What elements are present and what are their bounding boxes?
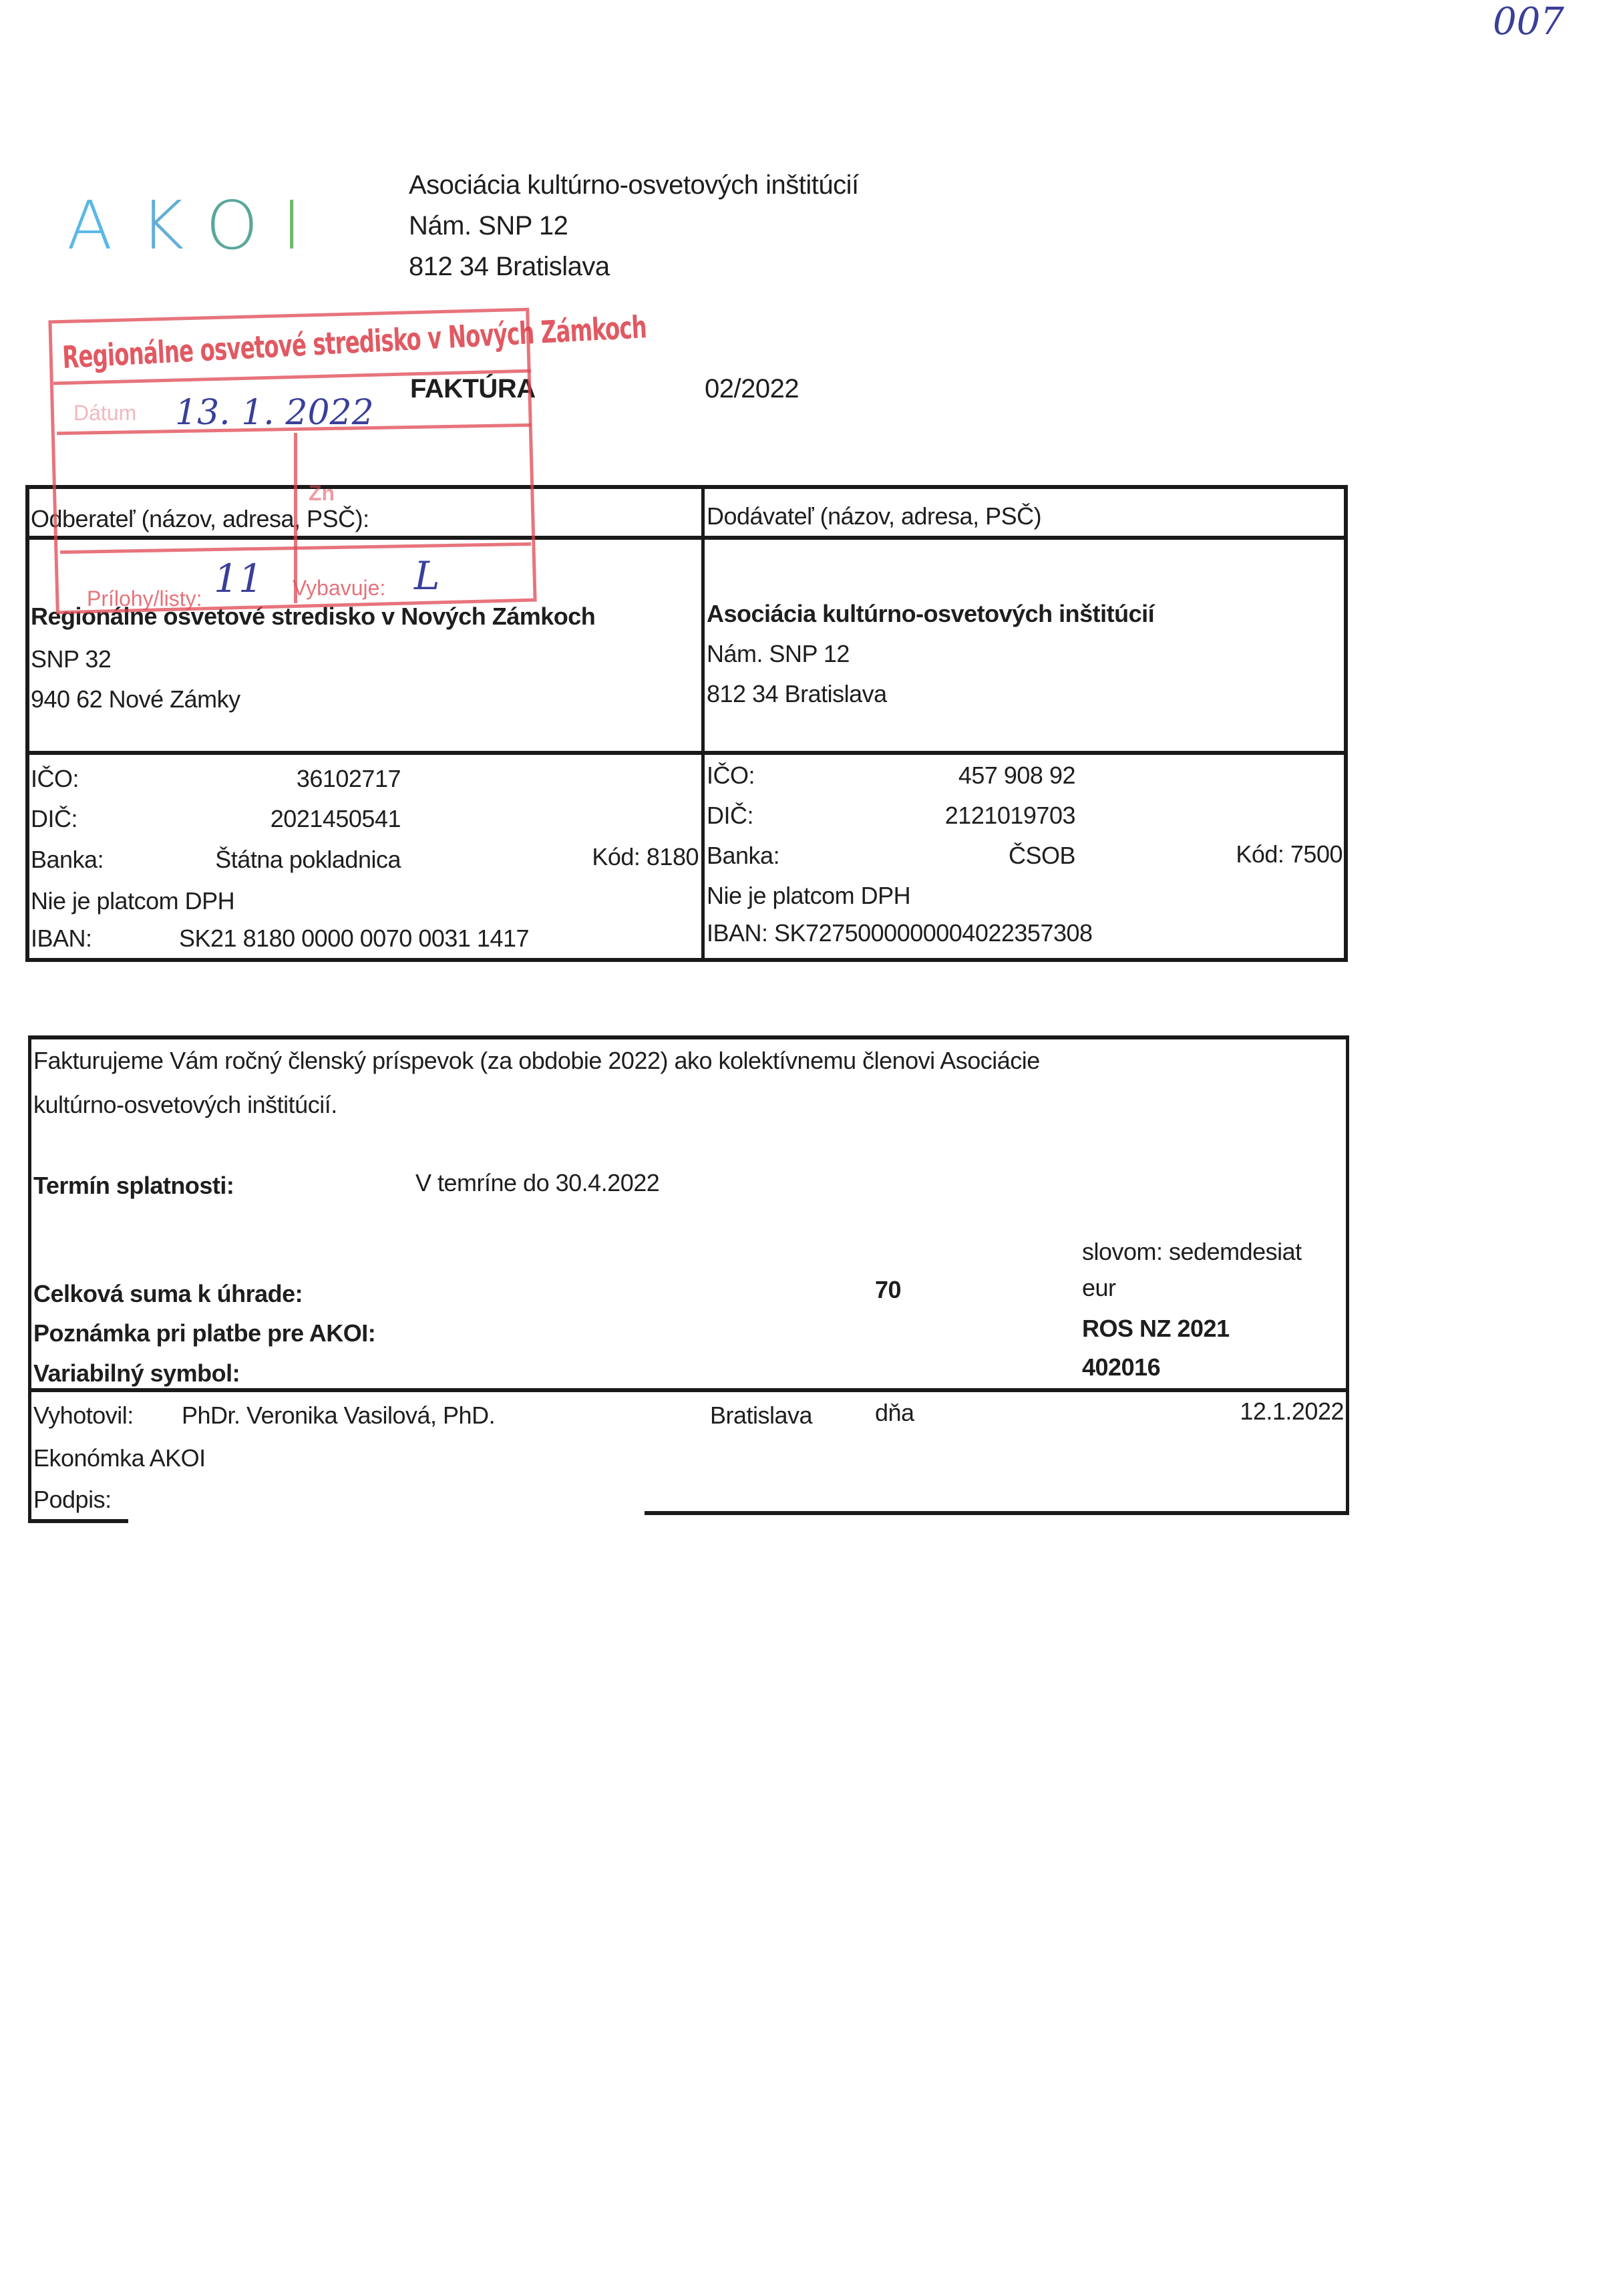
details-top-border <box>28 1035 1349 1039</box>
invoice-number: 02/2022 <box>705 374 799 404</box>
details-left-border <box>28 1035 31 1523</box>
supplier-iban: IBAN: SK7275000000004022357308 <box>707 919 1093 947</box>
buyer-street: SNP 32 <box>31 645 111 673</box>
details-bottom-left-border <box>28 1519 128 1523</box>
supplier-header: Dodávateľ (názov, adresa, PSČ) <box>707 502 1041 530</box>
variable-symbol-label: Variabilný symbol: <box>33 1359 240 1387</box>
supplier-dic: 2121019703 <box>868 802 1075 830</box>
issuer-name: Asociácia kultúrno-osvetových inštitúcií <box>409 170 859 200</box>
parties-column-divider <box>701 485 705 962</box>
signature-label: Podpis: <box>33 1486 112 1514</box>
supplier-bank-label: Banka: <box>707 842 779 870</box>
due-date-label: Termín splatnosti: <box>33 1172 234 1200</box>
logo-letter-i: I <box>282 192 302 259</box>
issuer-street: Nám. SNP 12 <box>409 211 568 241</box>
details-bottom-right-border <box>645 1511 1349 1515</box>
stamp-reg-label: Zn <box>309 481 335 506</box>
issue-date-label: dňa <box>875 1399 914 1427</box>
stamp-handled-by-handwritten: L <box>414 553 440 599</box>
stamp-attachments-handwritten: 11 <box>214 556 263 601</box>
preparer-role: Ekonómka AKOI <box>33 1444 206 1472</box>
stamp-attachments-label: Prílohy/listy: <box>87 587 202 611</box>
total-value: 70 <box>875 1276 901 1304</box>
buyer-city: 940 62 Nové Zámky <box>31 685 240 713</box>
variable-symbol-value: 402016 <box>1082 1353 1160 1381</box>
buyer-bank: Štátna pokladnica <box>134 846 401 874</box>
buyer-bank-code: Kód: 8180 <box>521 843 699 871</box>
buyer-dic-label: DIČ: <box>31 805 77 833</box>
stamp-date-handwritten: 13. 1. 2022 <box>175 393 374 433</box>
details-footer-divider <box>28 1388 1349 1392</box>
akoi-logo: A K O I <box>67 192 307 259</box>
supplier-city: 812 34 Bratislava <box>707 680 887 708</box>
supplier-name: Asociácia kultúrno-osvetových inštitúcií <box>707 600 1154 628</box>
supplier-dic-label: DIČ: <box>707 802 753 830</box>
buyer-ico: 36102717 <box>200 765 401 793</box>
issue-place: Bratislava <box>710 1402 812 1430</box>
page-number-mark: 007 <box>1493 0 1564 43</box>
prepared-by-label: Vyhotovil: <box>33 1402 134 1430</box>
description-line-2: kultúrno-osvetových inštitúcií. <box>33 1091 337 1119</box>
buyer-dic: 2021450541 <box>200 805 401 833</box>
buyer-iban-label: IBAN: <box>31 925 92 953</box>
stamp-handled-by-label: Vybavuje: <box>293 576 385 601</box>
buyer-ico-label: IČO: <box>31 765 79 793</box>
stamp-date-label: Dátum <box>73 401 136 426</box>
issuer-city: 812 34 Bratislava <box>409 252 610 282</box>
due-date-value: V temríne do 30.4.2022 <box>415 1169 659 1197</box>
description-line-1: Fakturujeme Vám ročný členský príspevok … <box>33 1047 1040 1075</box>
payment-note-value: ROS NZ 2021 <box>1082 1315 1230 1343</box>
buyer-vat-status: Nie je platcom DPH <box>31 887 234 915</box>
buyer-iban: SK21 8180 0000 0070 0031 1417 <box>179 925 529 953</box>
parties-address-divider <box>25 751 1348 755</box>
payment-note-label: Poznámka pri platbe pre AKOI: <box>33 1319 375 1347</box>
total-label: Celková suma k úhrade: <box>33 1280 303 1308</box>
supplier-street: Nám. SNP 12 <box>707 640 850 668</box>
buyer-bank-label: Banka: <box>31 846 104 874</box>
amount-in-words-line-1: slovom: sedemdesiat <box>1082 1238 1302 1266</box>
supplier-bank-code: Kód: 7500 <box>1176 840 1343 868</box>
details-right-border <box>1346 1035 1349 1514</box>
prepared-by-name: PhDr. Veronika Vasilová, PhD. <box>182 1402 495 1430</box>
issue-date: 12.1.2022 <box>1135 1398 1344 1426</box>
supplier-vat-status: Nie je platcom DPH <box>707 882 910 910</box>
logo-letter-k: K <box>140 192 184 259</box>
amount-in-words-line-2: eur <box>1082 1274 1116 1302</box>
supplier-bank: ČSOB <box>868 842 1075 870</box>
logo-letter-o: O <box>206 192 258 259</box>
logo-letter-a: A <box>67 192 112 259</box>
supplier-ico-label: IČO: <box>707 762 755 790</box>
supplier-ico: 457 908 92 <box>868 762 1075 790</box>
